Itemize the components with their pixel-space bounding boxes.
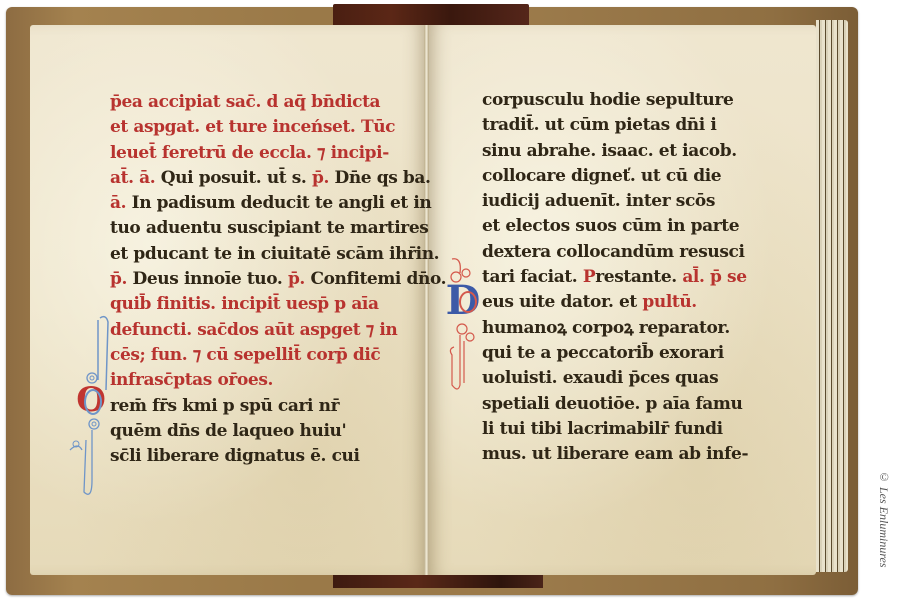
gutter — [424, 25, 429, 575]
rubric-text: p̄. — [110, 269, 133, 289]
manuscript-line: leuet̄ feretrū de eccla. ⁊ incipi- — [110, 141, 410, 166]
manuscript-line: quib̄ finitis. incipit̄ uesp̄ p aīa — [110, 292, 410, 317]
body-text: collocare digneť. ut cū die — [482, 166, 721, 186]
illuminated-initial-o: O — [76, 384, 106, 416]
body-text: quēm dn̄s de laqueo huiu' — [110, 421, 346, 441]
rubric-text: infrasc̄ptas or̄oes. — [110, 370, 273, 390]
body-text: tari faciat. — [482, 267, 583, 287]
rubric-text: cēs; fun. ⁊ cū sepellit̄ corp̄ dic̄ — [110, 345, 380, 365]
manuscript-line: eus uite dator. et pultū. — [482, 290, 792, 315]
manuscript-line: tari faciat. Prestante. al̄. p̄ se — [482, 265, 792, 290]
body-text: eus uite dator. et — [482, 292, 642, 312]
illuminated-initial-d: D — [446, 280, 480, 320]
rubric-text: pultū. — [642, 292, 696, 312]
manuscript-line: et aspgat. et ture inceńset. Tūc — [110, 115, 410, 140]
body-text: li tui tibi lacrimabilr̄ fundi — [482, 419, 723, 439]
manuscript-line: spetiali deuotiōe. p aīa famu — [482, 392, 792, 417]
body-text: sinu abrahe. isaac. et iacob. — [482, 141, 737, 161]
manuscript-line: infrasc̄ptas or̄oes. — [110, 368, 410, 393]
manuscript-line: p̄ea accipiat sac̄. d aq̄ bn̄dicta — [110, 90, 410, 115]
body-text: Qui posuit. ut̄ s. — [161, 168, 312, 188]
manuscript-line: dextera collocandūm resusci — [482, 240, 792, 265]
body-text: rem̄ fr̄s kmi p spū cari nr̄ — [110, 396, 339, 416]
copyright-notice: © Les Enluminures — [876, 470, 891, 568]
body-text: dextera collocandūm resusci — [482, 242, 745, 262]
rubric-text: al̄. p̄ se — [682, 267, 746, 287]
rubric-text: et aspgat. et ture inceńset. Tūc — [110, 117, 395, 137]
manuscript-line: et pducant te in ciuitatē scām ihr̄in. — [110, 242, 410, 267]
body-text: uoluisti. exaudi p̄ces quas — [482, 368, 718, 388]
manuscript-line: quēm dn̄s de laqueo huiu' — [110, 419, 410, 444]
rubric-text: at̄. ā. — [110, 168, 161, 188]
right-page-text: corpusculu hodie sepulturetradit̄. ut cū… — [482, 88, 792, 467]
rubric-text: p̄. — [288, 269, 311, 289]
rubric-text: p̄ea accipiat sac̄. d aq̄ bn̄dicta — [110, 92, 380, 112]
manuscript-line: at̄. ā. Qui posuit. ut̄ s. p̄. Dn̄e qs b… — [110, 166, 410, 191]
body-text: Dn̄e qs ba. — [334, 168, 430, 188]
body-text: mus. ut liberare eam ab infe- — [482, 444, 748, 464]
manuscript-line: tuo aduentu suscipiant te martires — [110, 216, 410, 241]
rubric-text: p̄. — [312, 168, 335, 188]
manuscript-line: sc̄li liberare dignatus ē. cui — [110, 444, 410, 469]
body-text: et electos suos cūm in parte — [482, 216, 739, 236]
body-text: restante. — [595, 267, 682, 287]
rubric-text: P — [583, 267, 595, 287]
rubric-text: leuet̄ feretrū de eccla. ⁊ incipi- — [110, 143, 389, 163]
body-text: humanoꝝ corpoꝝ reparator. — [482, 318, 730, 338]
manuscript-line: li tui tibi lacrimabilr̄ fundi — [482, 417, 792, 442]
manuscript-line: qui te a peccatorib̄ exorari — [482, 341, 792, 366]
page-edges — [816, 20, 848, 572]
body-text: corpusculu hodie sepulture — [482, 90, 733, 110]
manuscript-line: rem̄ fr̄s kmi p spū cari nr̄ — [110, 394, 410, 419]
body-text: Confitemi dn̄o. — [310, 269, 446, 289]
initial-swirl-icon — [84, 389, 102, 415]
body-text: Deus innoīe tuo. — [133, 269, 288, 289]
body-text: qui te a peccatorib̄ exorari — [482, 343, 724, 363]
manuscript-line: humanoꝝ corpoꝝ reparator. — [482, 316, 792, 341]
manuscript-line: p̄. Deus innoīe tuo. p̄. Confitemi dn̄o. — [110, 267, 410, 292]
body-text: tradit̄. ut cūm pietas dn̄i i — [482, 115, 716, 135]
manuscript-line: corpusculu hodie sepulture — [482, 88, 792, 113]
manuscript-line: et electos suos cūm in parte — [482, 214, 792, 239]
body-text: iudicij aduenīt. inter scōs — [482, 191, 715, 211]
manuscript-line: collocare digneť. ut cū die — [482, 164, 792, 189]
manuscript-line: ā. In padisum deducit te angli et in — [110, 191, 410, 216]
initial-swirl-icon — [459, 291, 477, 313]
manuscript-line: iudicij aduenīt. inter scōs — [482, 189, 792, 214]
body-text: In padisum deducit te angli et in — [132, 193, 432, 213]
manuscript-photo: p̄ea accipiat sac̄. d aq̄ bn̄dictaet asp… — [0, 0, 902, 600]
body-text: spetiali deuotiōe. p aīa famu — [482, 394, 742, 414]
manuscript-line: tradit̄. ut cūm pietas dn̄i i — [482, 113, 792, 138]
manuscript-line: mus. ut liberare eam ab infe- — [482, 442, 792, 467]
manuscript-line: defuncti. sac̄dos aūt aspget ⁊ in — [110, 318, 410, 343]
manuscript-line: uoluisti. exaudi p̄ces quas — [482, 366, 792, 391]
manuscript-line: sinu abrahe. isaac. et iacob. — [482, 139, 792, 164]
body-text: sc̄li liberare dignatus ē. cui — [110, 446, 360, 466]
rubric-text: quib̄ finitis. incipit̄ uesp̄ p aīa — [110, 294, 379, 314]
body-text: et pducant te in ciuitatē scām ihr̄in. — [110, 244, 439, 264]
manuscript-line: cēs; fun. ⁊ cū sepellit̄ corp̄ dic̄ — [110, 343, 410, 368]
left-page-text: p̄ea accipiat sac̄. d aq̄ bn̄dictaet asp… — [110, 90, 410, 469]
rubric-text: defuncti. sac̄dos aūt aspget ⁊ in — [110, 320, 397, 340]
body-text: tuo aduentu suscipiant te martires — [110, 218, 428, 238]
rubric-text: ā. — [110, 193, 132, 213]
